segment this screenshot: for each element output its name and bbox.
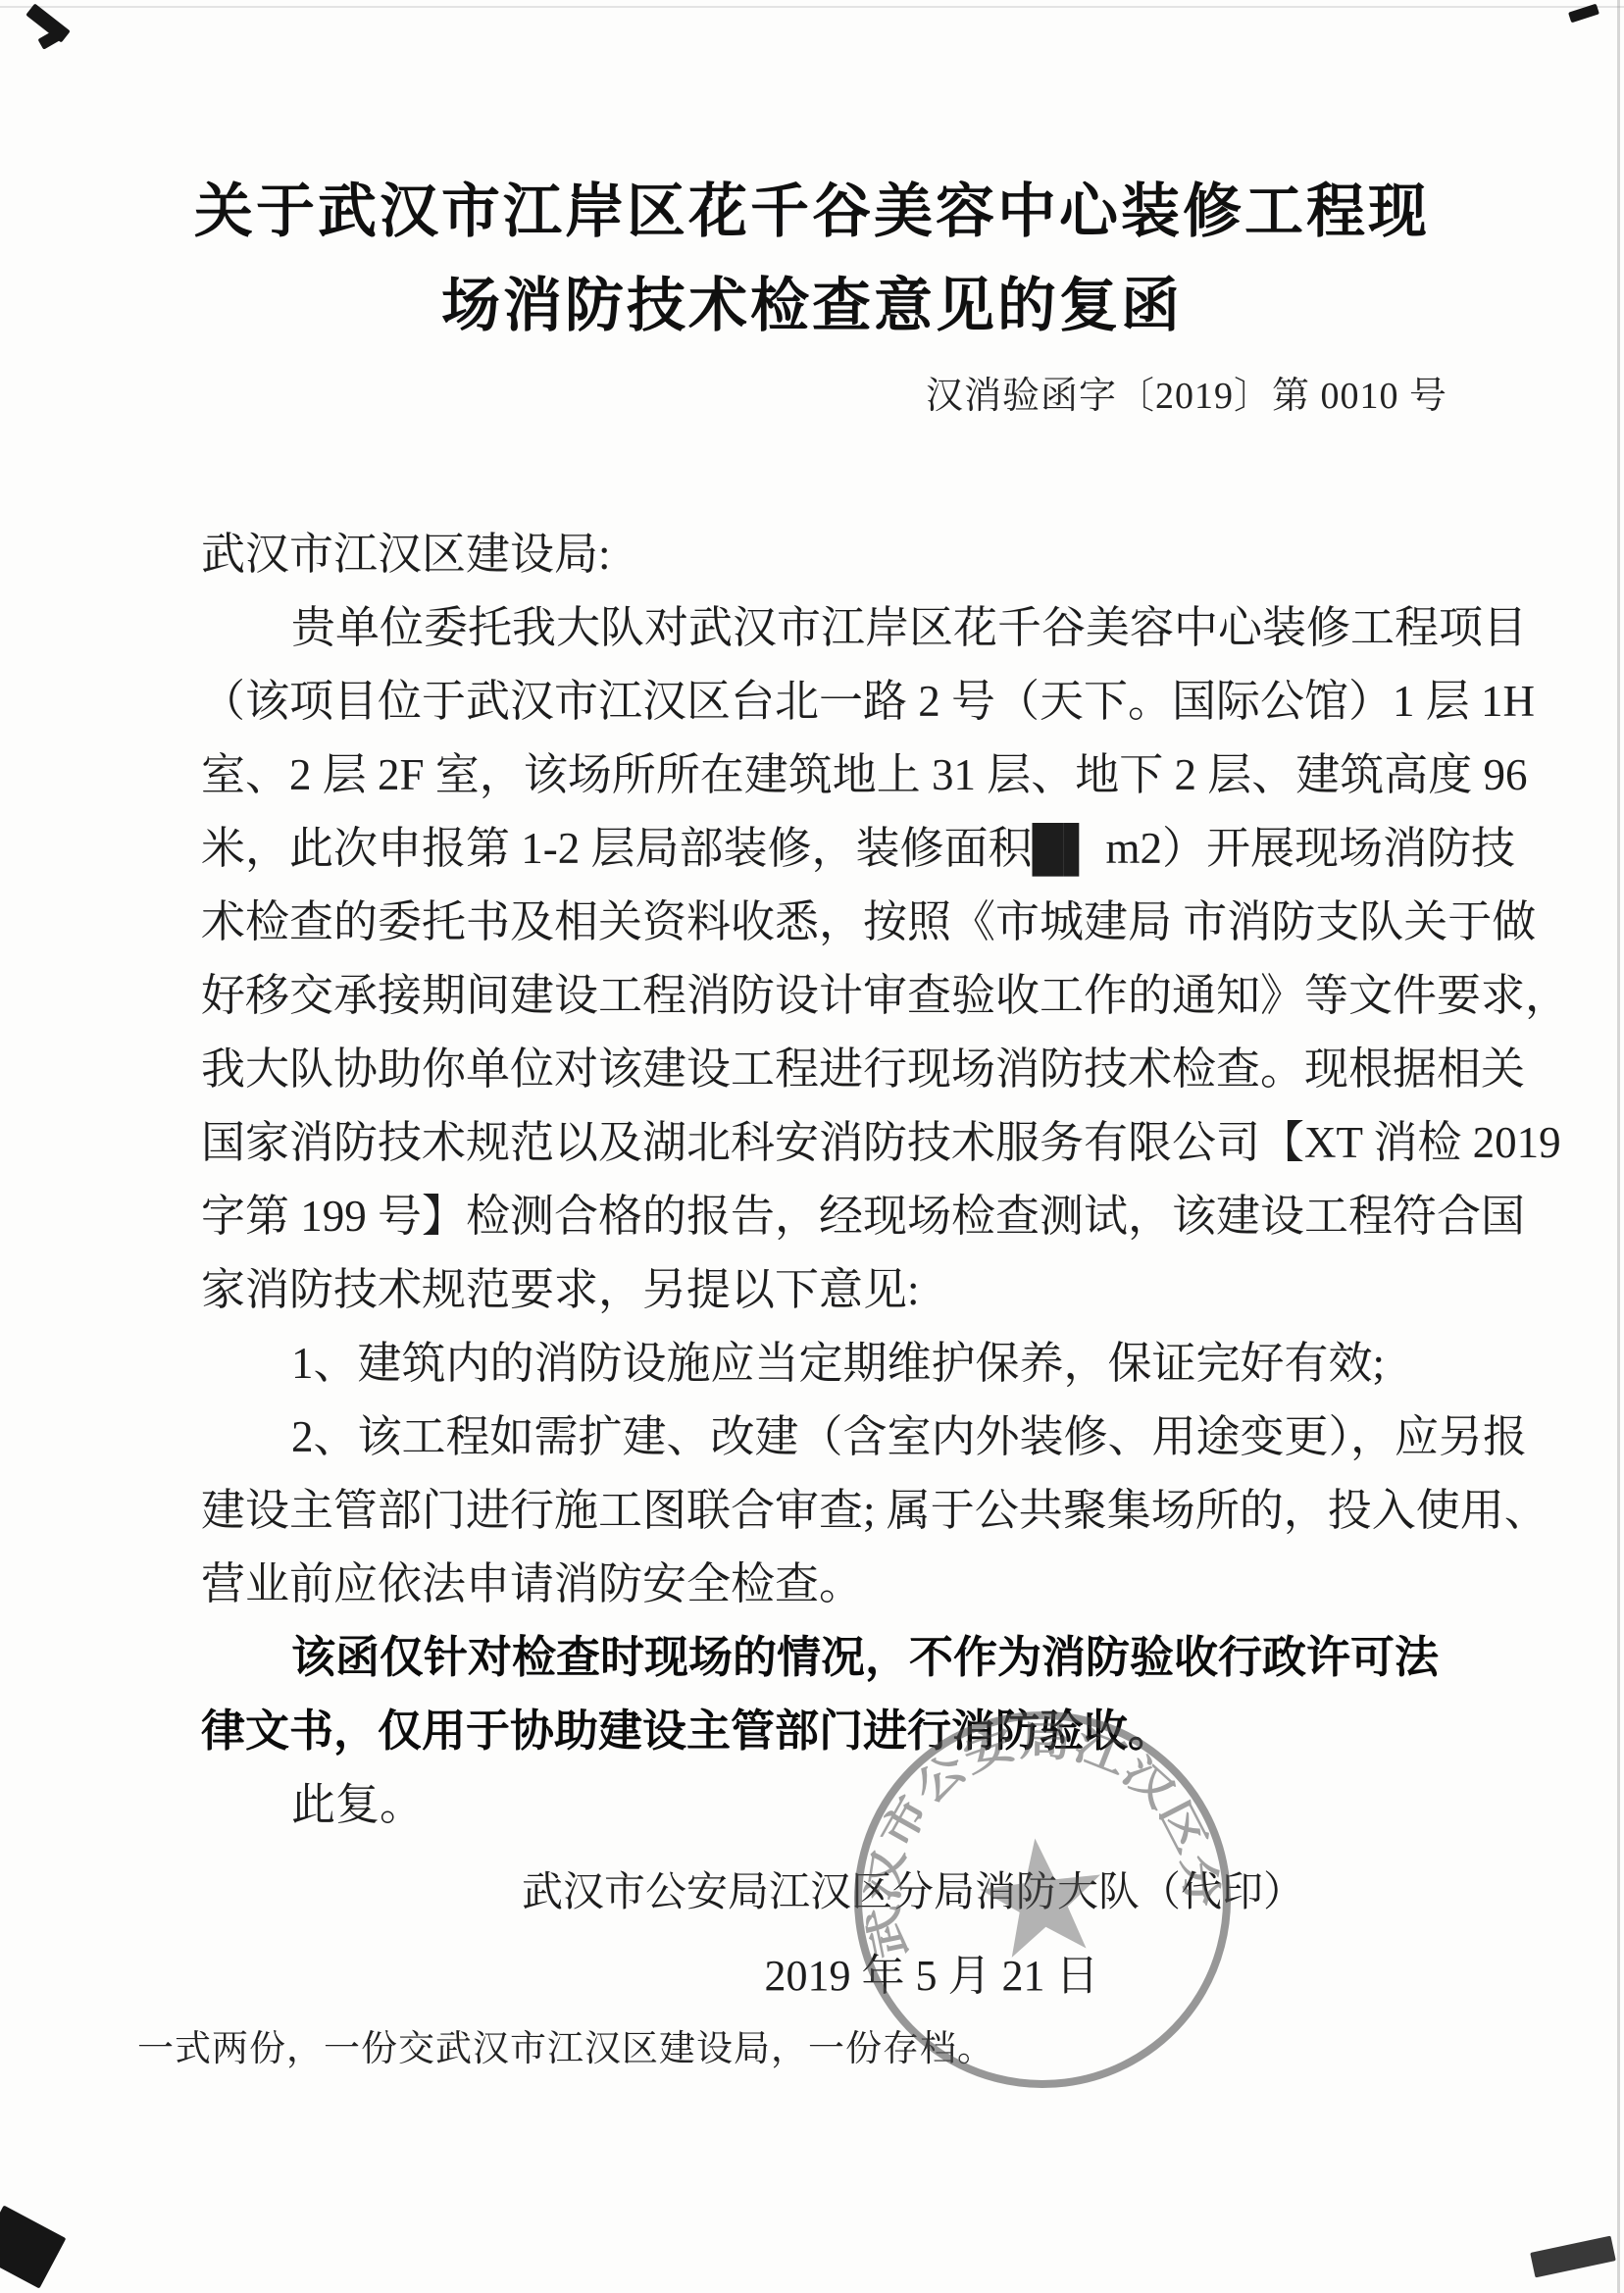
- body-line: 家消防技术规范要求，另提以下意见:: [201, 1253, 1456, 1327]
- issuing-authority: 武汉市公安局江汉区分局消防大队（代印）: [0, 1860, 1624, 1918]
- opinion-item-2-line: 2、该工程如需扩建、改建（含室内外装修、用途变更），应另报: [201, 1401, 1456, 1474]
- title-line-1: 关于武汉市江岸区花千谷美容中心装修工程现: [0, 165, 1624, 259]
- body-line-redacted: 米，此次申报第 1-2 层局部装修，装修面积█▌ m2）开展现场消防技: [201, 812, 1456, 886]
- opinion-item-2-line: 建设主管部门进行施工图联合审查; 属于公共聚集场所的，投入使用、: [201, 1474, 1456, 1548]
- issue-date: 2019 年 5 月 21 日: [559, 1940, 1304, 2003]
- scan-artifact: [37, 28, 62, 49]
- body-line: 好移交承接期间建设工程消防设计审查验收工作的通知》等文件要求，: [201, 959, 1456, 1033]
- body-line: 室、2 层 2F 室，该场所所在建筑地上 31 层、地下 2 层、建筑高度 96: [201, 739, 1456, 812]
- closing-phrase: 此复。: [201, 1768, 1456, 1842]
- document-title: 关于武汉市江岸区花千谷美容中心装修工程现 场消防技术检查意见的复函: [0, 165, 1624, 353]
- scan-artifact: [1530, 2236, 1616, 2278]
- document-number: 汉消验函字〔2019〕第 0010 号: [926, 365, 1447, 419]
- body-line: 贵单位委托我大队对武汉市江岸区花千谷美容中心装修工程项目: [201, 591, 1456, 665]
- opinion-item-2-line: 营业前应依法申请消防安全检查。: [201, 1548, 1456, 1621]
- document-page: 关于武汉市江岸区花千谷美容中心装修工程现 场消防技术检查意见的复函 汉消验函字〔…: [0, 0, 1624, 2293]
- scan-artifact: [0, 2205, 66, 2288]
- body-line: 国家消防技术规范以及湖北科安消防技术服务有限公司【XT 消检 2019: [201, 1106, 1456, 1180]
- addressee: 武汉市江汉区建设局:: [201, 518, 1456, 591]
- notice-line: 该函仅针对检查时现场的情况，不作为消防验收行政许可法: [201, 1621, 1456, 1695]
- distribution-note: 一式两份，一份交武汉市江汉区建设局，一份存档。: [137, 2018, 994, 2071]
- opinion-item-1: 1、建筑内的消防设施应当定期维护保养，保证完好有效;: [201, 1327, 1456, 1401]
- body-line: 我大队协助你单位对该建设工程进行现场消防技术检查。现根据相关: [201, 1033, 1456, 1106]
- body-line: 术检查的委托书及相关资料收悉，按照《市城建局 市消防支队关于做: [201, 886, 1456, 959]
- document-body: 武汉市江汉区建设局: 贵单位委托我大队对武汉市江岸区花千谷美容中心装修工程项目 …: [201, 518, 1456, 1842]
- notice-line: 律文书，仅用于协助建设主管部门进行消防验收。: [201, 1695, 1456, 1768]
- body-line: 字第 199 号】检测合格的报告，经现场检查测试，该建设工程符合国: [201, 1180, 1456, 1253]
- body-line: （该项目位于武汉市江汉区台北一路 2 号（天下。国际公馆）1 层 1H: [201, 665, 1456, 739]
- scan-edge-top: [0, 6, 1624, 8]
- title-line-2: 场消防技术检查意见的复函: [0, 259, 1624, 353]
